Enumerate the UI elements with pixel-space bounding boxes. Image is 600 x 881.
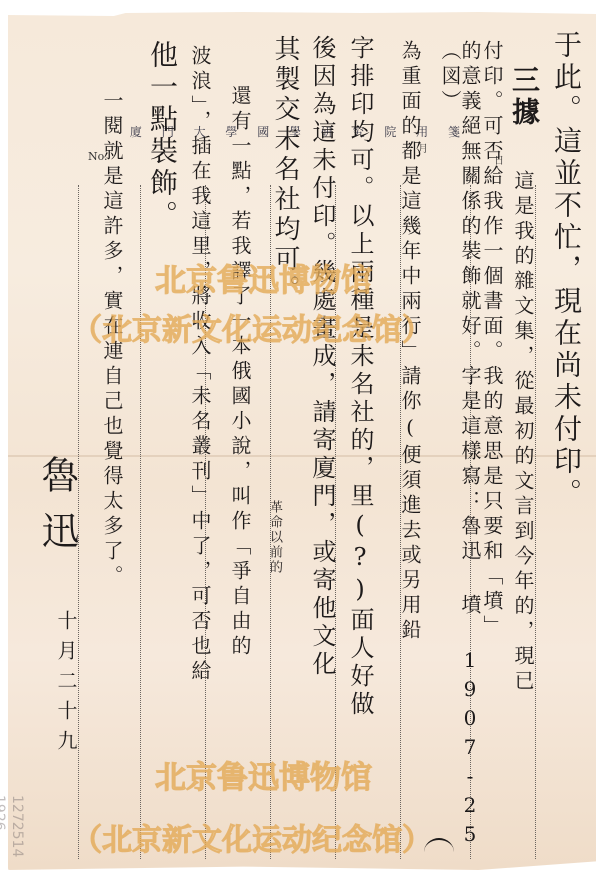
ruled-line [535,185,536,859]
letter-column-2-heading: 三據 [510,65,538,129]
letter-column-7: 後因為這未付印。幾處畫成，請寄廈門，或寄他文化 [310,35,334,679]
signature: 魯迅 [38,455,76,567]
watermark-memorial-name: （北京新文化运动纪念馆） [72,815,432,859]
letterhead-char: 廈 [130,123,142,139]
letter-column-9: 還有一點，若我譯了一本俄國小說，叫作「爭自由的 [230,85,250,660]
watermark-museum-name: 北京鲁迅博物馆 [155,752,372,797]
letter-column-10: 波浪」，插在我這里，將收入「未名叢刊」中了，可否也給 [190,45,210,685]
letterhead-char: 院 [384,123,396,139]
letter-column-9-side-note: 革命以前的 [268,500,281,575]
paper-fold-line [8,455,596,457]
letter-column-2-note: 這是我的雜文集，從最初的文言到今年的，現已 [513,170,533,695]
letter-column-4: 的意義絕無關係的裝飾就好。字是這樣寫：魯迅 墳 1907-25 （図） [440,40,480,881]
letter-column-3: 付印。可否給我作一個書面。我的意思是只要和「墳」 [482,40,502,640]
letter-date: 十月二十九 [56,610,76,760]
watermark-memorial-name: （北京新文化运动纪念馆） [72,305,432,349]
pencil-note: 1272514 [8,795,26,857]
letter-paper [8,12,596,870]
letter-column-6: 字排印均可。以上兩種是未名社的，里(?)面人好做 [348,35,372,719]
ruled-line [140,185,141,859]
watermark-museum-name: 北京鲁迅博物馆 [155,255,372,300]
letter-column-1: 于此。這並不忙，現在尚未付印。 [552,30,580,510]
letter-column-11: 他一點裝飾。 [148,40,176,232]
pencil-note: 1926 [0,795,8,857]
letterhead-char: 國 [257,123,269,139]
pencil-archive-notes: 1272514 1926 [0,795,26,857]
